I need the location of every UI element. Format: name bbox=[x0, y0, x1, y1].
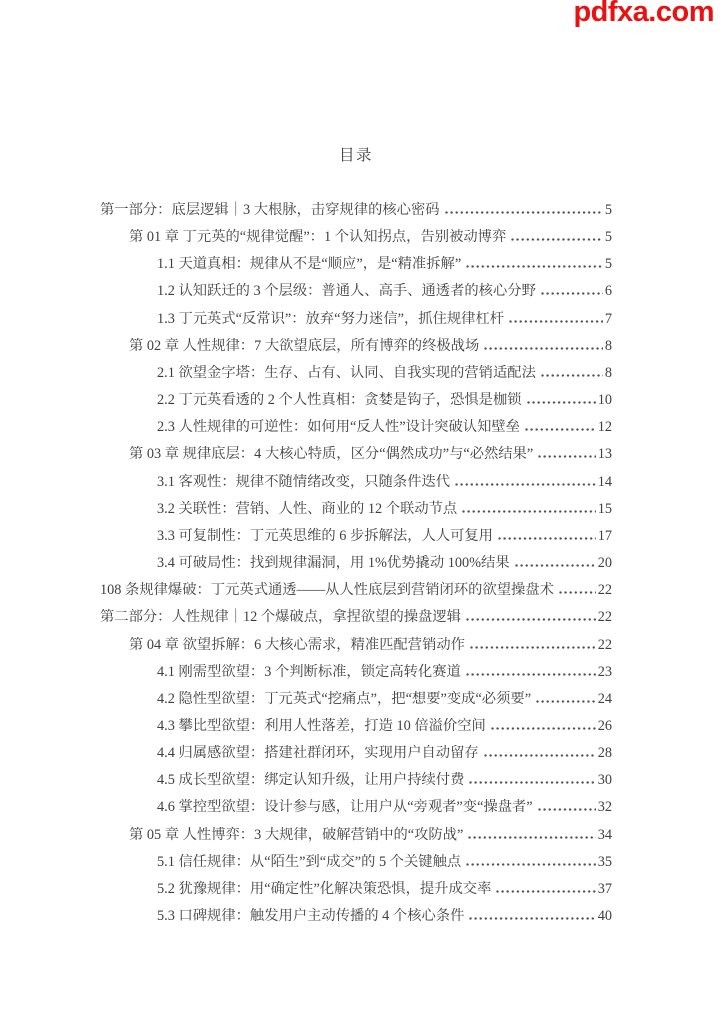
toc-entry[interactable]: 3.3 可复制性：丁元英思维的 6 步拆解法，人人可复用 17 bbox=[100, 523, 612, 550]
toc-leader-dots bbox=[541, 364, 603, 377]
toc-leader-dots bbox=[466, 255, 603, 268]
toc-entry-title: 4.3 攀比型欲望：利用人性落差，打造 10 倍溢价空间 bbox=[157, 713, 486, 740]
toc-entry[interactable]: 5.1 信任规律：从“陌生”到“成交”的 5 个关键触点 35 bbox=[100, 849, 612, 876]
toc-leader-dots bbox=[527, 391, 596, 404]
toc-entry[interactable]: 第 04 章 欲望拆解：6 大核心需求，精准匹配营销动作 22 bbox=[100, 632, 612, 659]
toc-entry-title: 1.3 丁元英式“反常识”：放弃“努力迷信”，抓住规律杠杆 bbox=[157, 306, 504, 333]
toc-entry-title: 3.4 可破局性：找到规律漏洞，用 1%优势撬动 100%结果 bbox=[157, 550, 510, 577]
toc-leader-dots bbox=[445, 201, 603, 214]
toc-entry-page: 12 bbox=[598, 414, 612, 441]
toc-entry-title: 5.1 信任规律：从“陌生”到“成交”的 5 个关键触点 bbox=[157, 849, 461, 876]
toc-entry[interactable]: 108 条规律爆破：丁元英式通透——从人性底层到营销闭环的欲望操盘术 22 bbox=[100, 577, 612, 604]
toc-leader-dots bbox=[491, 717, 596, 730]
toc-leader-dots bbox=[469, 907, 595, 920]
toc-entry-page: 15 bbox=[598, 496, 612, 523]
toc-entry[interactable]: 第 05 章 人性博弈：3 大规律，破解营销中的“攻防战” 34 bbox=[100, 822, 612, 849]
toc-leader-dots bbox=[498, 527, 596, 540]
toc-entry-page: 24 bbox=[598, 686, 612, 713]
toc-leader-dots bbox=[466, 608, 596, 621]
toc-leader-dots bbox=[559, 581, 596, 594]
toc-entry[interactable]: 4.3 攀比型欲望：利用人性落差，打造 10 倍溢价空间 26 bbox=[100, 713, 612, 740]
toc-entry-page: 22 bbox=[598, 577, 612, 604]
toc-entry-page: 35 bbox=[598, 849, 612, 876]
toc-entry-page: 34 bbox=[598, 822, 612, 849]
toc-entry-page: 6 bbox=[605, 278, 612, 305]
toc-leader-dots bbox=[484, 744, 596, 757]
toc-entry-title: 2.2 丁元英看透的 2 个人性真相：贪婪是钩子，恐惧是枷锁 bbox=[157, 387, 522, 414]
toc-entry-page: 7 bbox=[605, 306, 612, 333]
toc-entry[interactable]: 4.6 掌控型欲望：设计参与感，让用户从“旁观者”变“操盘者” 32 bbox=[100, 794, 612, 821]
toc-entry[interactable]: 5.2 犹豫规律：用“确定性”化解决策恐惧，提升成交率 37 bbox=[100, 876, 612, 903]
toc-entry[interactable]: 3.1 客观性：规律不随情绪改变，只随条件迭代 14 bbox=[100, 469, 612, 496]
toc-entry[interactable]: 5.3 口碑规律：触发用户主动传播的 4 个核心条件 40 bbox=[100, 903, 612, 930]
toc-leader-dots bbox=[468, 826, 595, 839]
watermark: pdfxa.com bbox=[573, 0, 714, 29]
toc-leader-dots bbox=[541, 282, 603, 295]
toc-entry[interactable]: 1.1 天道真相：规律从不是“顺应”，是“精准拆解” 5 bbox=[100, 251, 612, 278]
toc-entry-page: 28 bbox=[598, 740, 612, 767]
toc-entry-title: 4.4 归属感欲望：搭建社群闭环，实现用户自动留存 bbox=[157, 740, 479, 767]
toc-entry-title: 1.2 认知跃迁的 3 个层级：普通人、高手、通透者的核心分野 bbox=[157, 278, 536, 305]
toc-leader-dots bbox=[496, 880, 595, 893]
toc-leader-dots bbox=[484, 337, 603, 350]
toc-leader-dots bbox=[515, 554, 596, 567]
toc-list: 第一部分：底层逻辑｜3 大根脉，击穿规律的核心密码 5 第 01 章 丁元英的“… bbox=[100, 197, 612, 930]
toc-entry[interactable]: 4.1 刚需型欲望：3 个判断标准，锁定高转化赛道 23 bbox=[100, 659, 612, 686]
toc-leader-dots bbox=[469, 771, 595, 784]
toc-entry-title: 1.1 天道真相：规律从不是“顺应”，是“精准拆解” bbox=[157, 251, 461, 278]
toc-leader-dots bbox=[466, 853, 596, 866]
toc-entry[interactable]: 1.2 认知跃迁的 3 个层级：普通人、高手、通透者的核心分野 6 bbox=[100, 278, 612, 305]
toc-entry-page: 20 bbox=[598, 550, 612, 577]
toc-leader-dots bbox=[470, 636, 596, 649]
toc-entry[interactable]: 4.4 归属感欲望：搭建社群闭环，实现用户自动留存 28 bbox=[100, 740, 612, 767]
toc-entry[interactable]: 第 03 章 规律底层：4 大核心特质，区分“偶然成功”与“必然结果” 13 bbox=[100, 441, 612, 468]
toc-entry-page: 13 bbox=[598, 441, 612, 468]
toc-entry-title: 4.2 隐性型欲望：丁元英式“挖痛点”，把“想要”变成“必须要” bbox=[157, 686, 531, 713]
toc-entry-page: 30 bbox=[598, 767, 612, 794]
toc-entry-page: 8 bbox=[605, 360, 612, 387]
toc-entry[interactable]: 3.4 可破局性：找到规律漏洞，用 1%优势撬动 100%结果 20 bbox=[100, 550, 612, 577]
toc-entry[interactable]: 4.2 隐性型欲望：丁元英式“挖痛点”，把“想要”变成“必须要” 24 bbox=[100, 686, 612, 713]
toc-entry-page: 5 bbox=[605, 224, 612, 251]
toc-entry-title: 第 02 章 人性规律：7 大欲望底层，所有博弈的终极战场 bbox=[129, 333, 479, 360]
toc-entry-page: 22 bbox=[598, 604, 612, 631]
toc-entry-title: 4.1 刚需型欲望：3 个判断标准，锁定高转化赛道 bbox=[157, 659, 461, 686]
toc-entry-title: 第一部分：底层逻辑｜3 大根脉，击穿规律的核心密码 bbox=[100, 197, 440, 224]
toc-leader-dots bbox=[511, 228, 603, 241]
toc-entry-title: 4.5 成长型欲望：绑定认知升级，让用户持续付费 bbox=[157, 767, 464, 794]
toc-entry[interactable]: 1.3 丁元英式“反常识”：放弃“努力迷信”，抓住规律杠杆 7 bbox=[100, 306, 612, 333]
toc-entry[interactable]: 第二部分：人性规律｜12 个爆破点，拿捏欲望的操盘逻辑 22 bbox=[100, 604, 612, 631]
toc-entry-page: 32 bbox=[598, 794, 612, 821]
toc-leader-dots bbox=[538, 445, 595, 458]
toc-entry-page: 10 bbox=[598, 387, 612, 414]
toc-leader-dots bbox=[466, 663, 596, 676]
toc-entry-page: 23 bbox=[598, 659, 612, 686]
toc-entry[interactable]: 第 01 章 丁元英的“规律觉醒”：1 个认知拐点，告别被动博弈 5 bbox=[100, 224, 612, 251]
toc-entry-title: 5.3 口碑规律：触发用户主动传播的 4 个核心条件 bbox=[157, 903, 464, 930]
toc-entry-title: 108 条规律爆破：丁元英式通透——从人性底层到营销闭环的欲望操盘术 bbox=[100, 577, 554, 604]
toc-entry-page: 26 bbox=[598, 713, 612, 740]
toc-entry-title: 第 03 章 规律底层：4 大核心特质，区分“偶然成功”与“必然结果” bbox=[129, 441, 533, 468]
toc-entry-title: 第二部分：人性规律｜12 个爆破点，拿捏欲望的操盘逻辑 bbox=[100, 604, 461, 631]
toc-entry-page: 14 bbox=[598, 469, 612, 496]
toc-entry[interactable]: 第 02 章 人性规律：7 大欲望底层，所有博弈的终极战场 8 bbox=[100, 333, 612, 360]
toc-entry-title: 2.1 欲望金字塔：生存、占有、认同、自我实现的营销适配法 bbox=[157, 360, 536, 387]
toc-entry-title: 5.2 犹豫规律：用“确定性”化解决策恐惧，提升成交率 bbox=[157, 876, 491, 903]
toc-leader-dots bbox=[455, 473, 596, 486]
toc-entry-page: 5 bbox=[605, 197, 612, 224]
toc-entry-title: 第 05 章 人性博弈：3 大规律，破解营销中的“攻防战” bbox=[129, 822, 463, 849]
toc-entry-page: 37 bbox=[598, 876, 612, 903]
toc-entry-page: 40 bbox=[598, 903, 612, 930]
toc-entry-page: 5 bbox=[605, 251, 612, 278]
toc-leader-dots bbox=[538, 798, 596, 811]
toc-leader-dots bbox=[509, 310, 603, 323]
toc-leader-dots bbox=[462, 500, 595, 513]
toc-entry-title: 第 04 章 欲望拆解：6 大核心需求，精准匹配营销动作 bbox=[129, 632, 465, 659]
toc-entry-page: 17 bbox=[598, 523, 612, 550]
toc-leader-dots bbox=[536, 690, 596, 703]
toc-leader-dots bbox=[525, 418, 596, 431]
toc-entry[interactable]: 2.3 人性规律的可逆性：如何用“反人性”设计突破认知壁垒 12 bbox=[100, 414, 612, 441]
toc-entry[interactable]: 第一部分：底层逻辑｜3 大根脉，击穿规律的核心密码 5 bbox=[100, 197, 612, 224]
page-title: 目录 bbox=[100, 143, 612, 165]
toc-entry[interactable]: 2.1 欲望金字塔：生存、占有、认同、自我实现的营销适配法 8 bbox=[100, 360, 612, 387]
toc-entry-title: 2.3 人性规律的可逆性：如何用“反人性”设计突破认知壁垒 bbox=[157, 414, 520, 441]
toc-entry-title: 3.3 可复制性：丁元英思维的 6 步拆解法，人人可复用 bbox=[157, 523, 493, 550]
toc-entry-title: 4.6 掌控型欲望：设计参与感，让用户从“旁观者”变“操盘者” bbox=[157, 794, 533, 821]
toc-entry[interactable]: 3.2 关联性：营销、人性、商业的 12 个联动节点 15 bbox=[100, 496, 612, 523]
toc-entry-page: 22 bbox=[598, 632, 612, 659]
toc-entry[interactable]: 2.2 丁元英看透的 2 个人性真相：贪婪是钩子，恐惧是枷锁 10 bbox=[100, 387, 612, 414]
toc-entry-title: 3.2 关联性：营销、人性、商业的 12 个联动节点 bbox=[157, 496, 457, 523]
toc-entry-page: 8 bbox=[605, 333, 612, 360]
toc-entry-title: 第 01 章 丁元英的“规律觉醒”：1 个认知拐点，告别被动博弈 bbox=[129, 224, 506, 251]
toc-entry-title: 3.1 客观性：规律不随情绪改变，只随条件迭代 bbox=[157, 469, 450, 496]
toc-entry[interactable]: 4.5 成长型欲望：绑定认知升级，让用户持续付费 30 bbox=[100, 767, 612, 794]
